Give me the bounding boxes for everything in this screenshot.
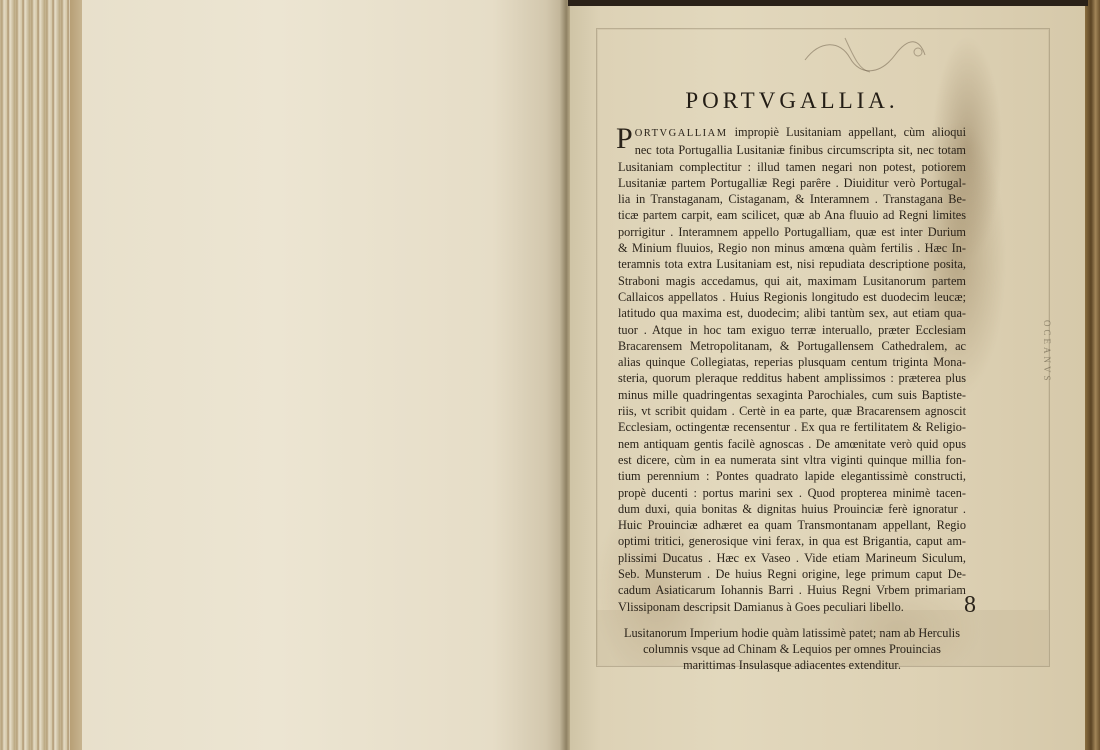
text-line: est dicere, cùm in ea numerata sint vltr… bbox=[618, 452, 966, 468]
coda-line: columnis vsque ad Chinam & Lequios per o… bbox=[618, 641, 966, 657]
text-line: riis, vt scribit quidam . Certè in ea pa… bbox=[618, 403, 966, 419]
body-paragraph: P ORTVGALLIAM impropiè Lusitaniam appell… bbox=[618, 124, 966, 615]
text-line: tuor . Atque in hoc tam exiguo terræ int… bbox=[618, 322, 966, 338]
text-line: dum duxi, quia bonitas & dignitas huius … bbox=[618, 501, 966, 517]
text-line: & Minium fluuios, Regio non minus amœna … bbox=[618, 240, 966, 256]
right-page-edges bbox=[1085, 0, 1100, 750]
text-line: minus mille quadringentas sexaginta Paro… bbox=[618, 387, 966, 403]
text-line: Straboni magis accedamus, qui ait, maxim… bbox=[618, 273, 966, 289]
page-text-block: PORTVGALLIA. P ORTVGALLIAM impropiè Lusi… bbox=[618, 88, 966, 673]
text-line: alias quinque Collegiatas, reperias plus… bbox=[618, 354, 966, 370]
drop-cap: P bbox=[616, 126, 633, 152]
text-line: Vlissiponam descripsit Damianus à Goes p… bbox=[618, 599, 966, 615]
coda-line: Lusitanorum Imperium hodie quàm latissim… bbox=[618, 625, 966, 641]
page-title: PORTVGALLIA. bbox=[618, 88, 966, 114]
text-line: Bracarensem Metropolitanam, & Portugalle… bbox=[618, 338, 966, 354]
open-book-spread: OCEANVS PORTVGALLIA. P ORTVGALLIAM impro… bbox=[0, 0, 1100, 750]
ink-flourish-icon bbox=[800, 30, 940, 80]
text-line: tium perennium : Pontes quadrato lapide … bbox=[618, 468, 966, 484]
text-line: Ecclesiam, octingentæ recensentur . Ex q… bbox=[618, 419, 966, 435]
text-line: steria, quorum pleraque redditus habent … bbox=[618, 370, 966, 386]
coda-line: marittimas Insulasque adiacentes extendi… bbox=[618, 657, 966, 673]
text-line: Huic Prouinciæ adhæret ea quam Transmont… bbox=[618, 517, 966, 533]
text-line: propè ducenti : portus marini sex . Quod… bbox=[618, 485, 966, 501]
text-line: plissimi Ducatus . Hæc ex Vaseo . Vide e… bbox=[618, 550, 966, 566]
text-line: Lusitaniæ partem Portugalliæ Regi parêre… bbox=[618, 175, 966, 191]
text-line: nec tota Portugallia Lusitaniæ finibus c… bbox=[618, 142, 966, 158]
text-line: Callaicos appellatos . Huius Regionis lo… bbox=[618, 289, 966, 305]
top-shadow bbox=[568, 0, 1088, 6]
lead-smallcaps: ORTVGALLIAM bbox=[635, 128, 728, 139]
text-line: Lusitaniam complectitur : illud tamen ne… bbox=[618, 159, 966, 175]
text-line: nem antiquam gentis facilè agnoscas . De… bbox=[618, 436, 966, 452]
text-line: porrigitur . Interamnem appello Portugal… bbox=[618, 224, 966, 240]
margin-label: OCEANVS bbox=[1042, 320, 1052, 384]
text-line: ORTVGALLIAM impropiè Lusitaniam appellan… bbox=[618, 124, 966, 142]
text-line: cadum Asiaticarum Iohannis Barri . Huius… bbox=[618, 582, 966, 598]
text-line: ticæ partem carpit, eam scilicet, quæ ab… bbox=[618, 207, 966, 223]
text-line: optimi tritici, generosique vini ferax, … bbox=[618, 533, 966, 549]
text-line: latitudo qua maxima est, duodecim; alibi… bbox=[618, 305, 966, 321]
page-number: 8 bbox=[964, 592, 976, 619]
left-page-edges bbox=[0, 0, 82, 750]
closing-paragraph: Lusitanorum Imperium hodie quàm latissim… bbox=[618, 625, 966, 673]
text-line: Seb. Munsterum . De huius Regni origine,… bbox=[618, 566, 966, 582]
left-blank-page bbox=[82, 0, 565, 750]
text-line: teramnis tota extra Lusitaniam est, nisi… bbox=[618, 256, 966, 272]
text-line: lia in Transtaganam, Cistaganam, & Inter… bbox=[618, 191, 966, 207]
